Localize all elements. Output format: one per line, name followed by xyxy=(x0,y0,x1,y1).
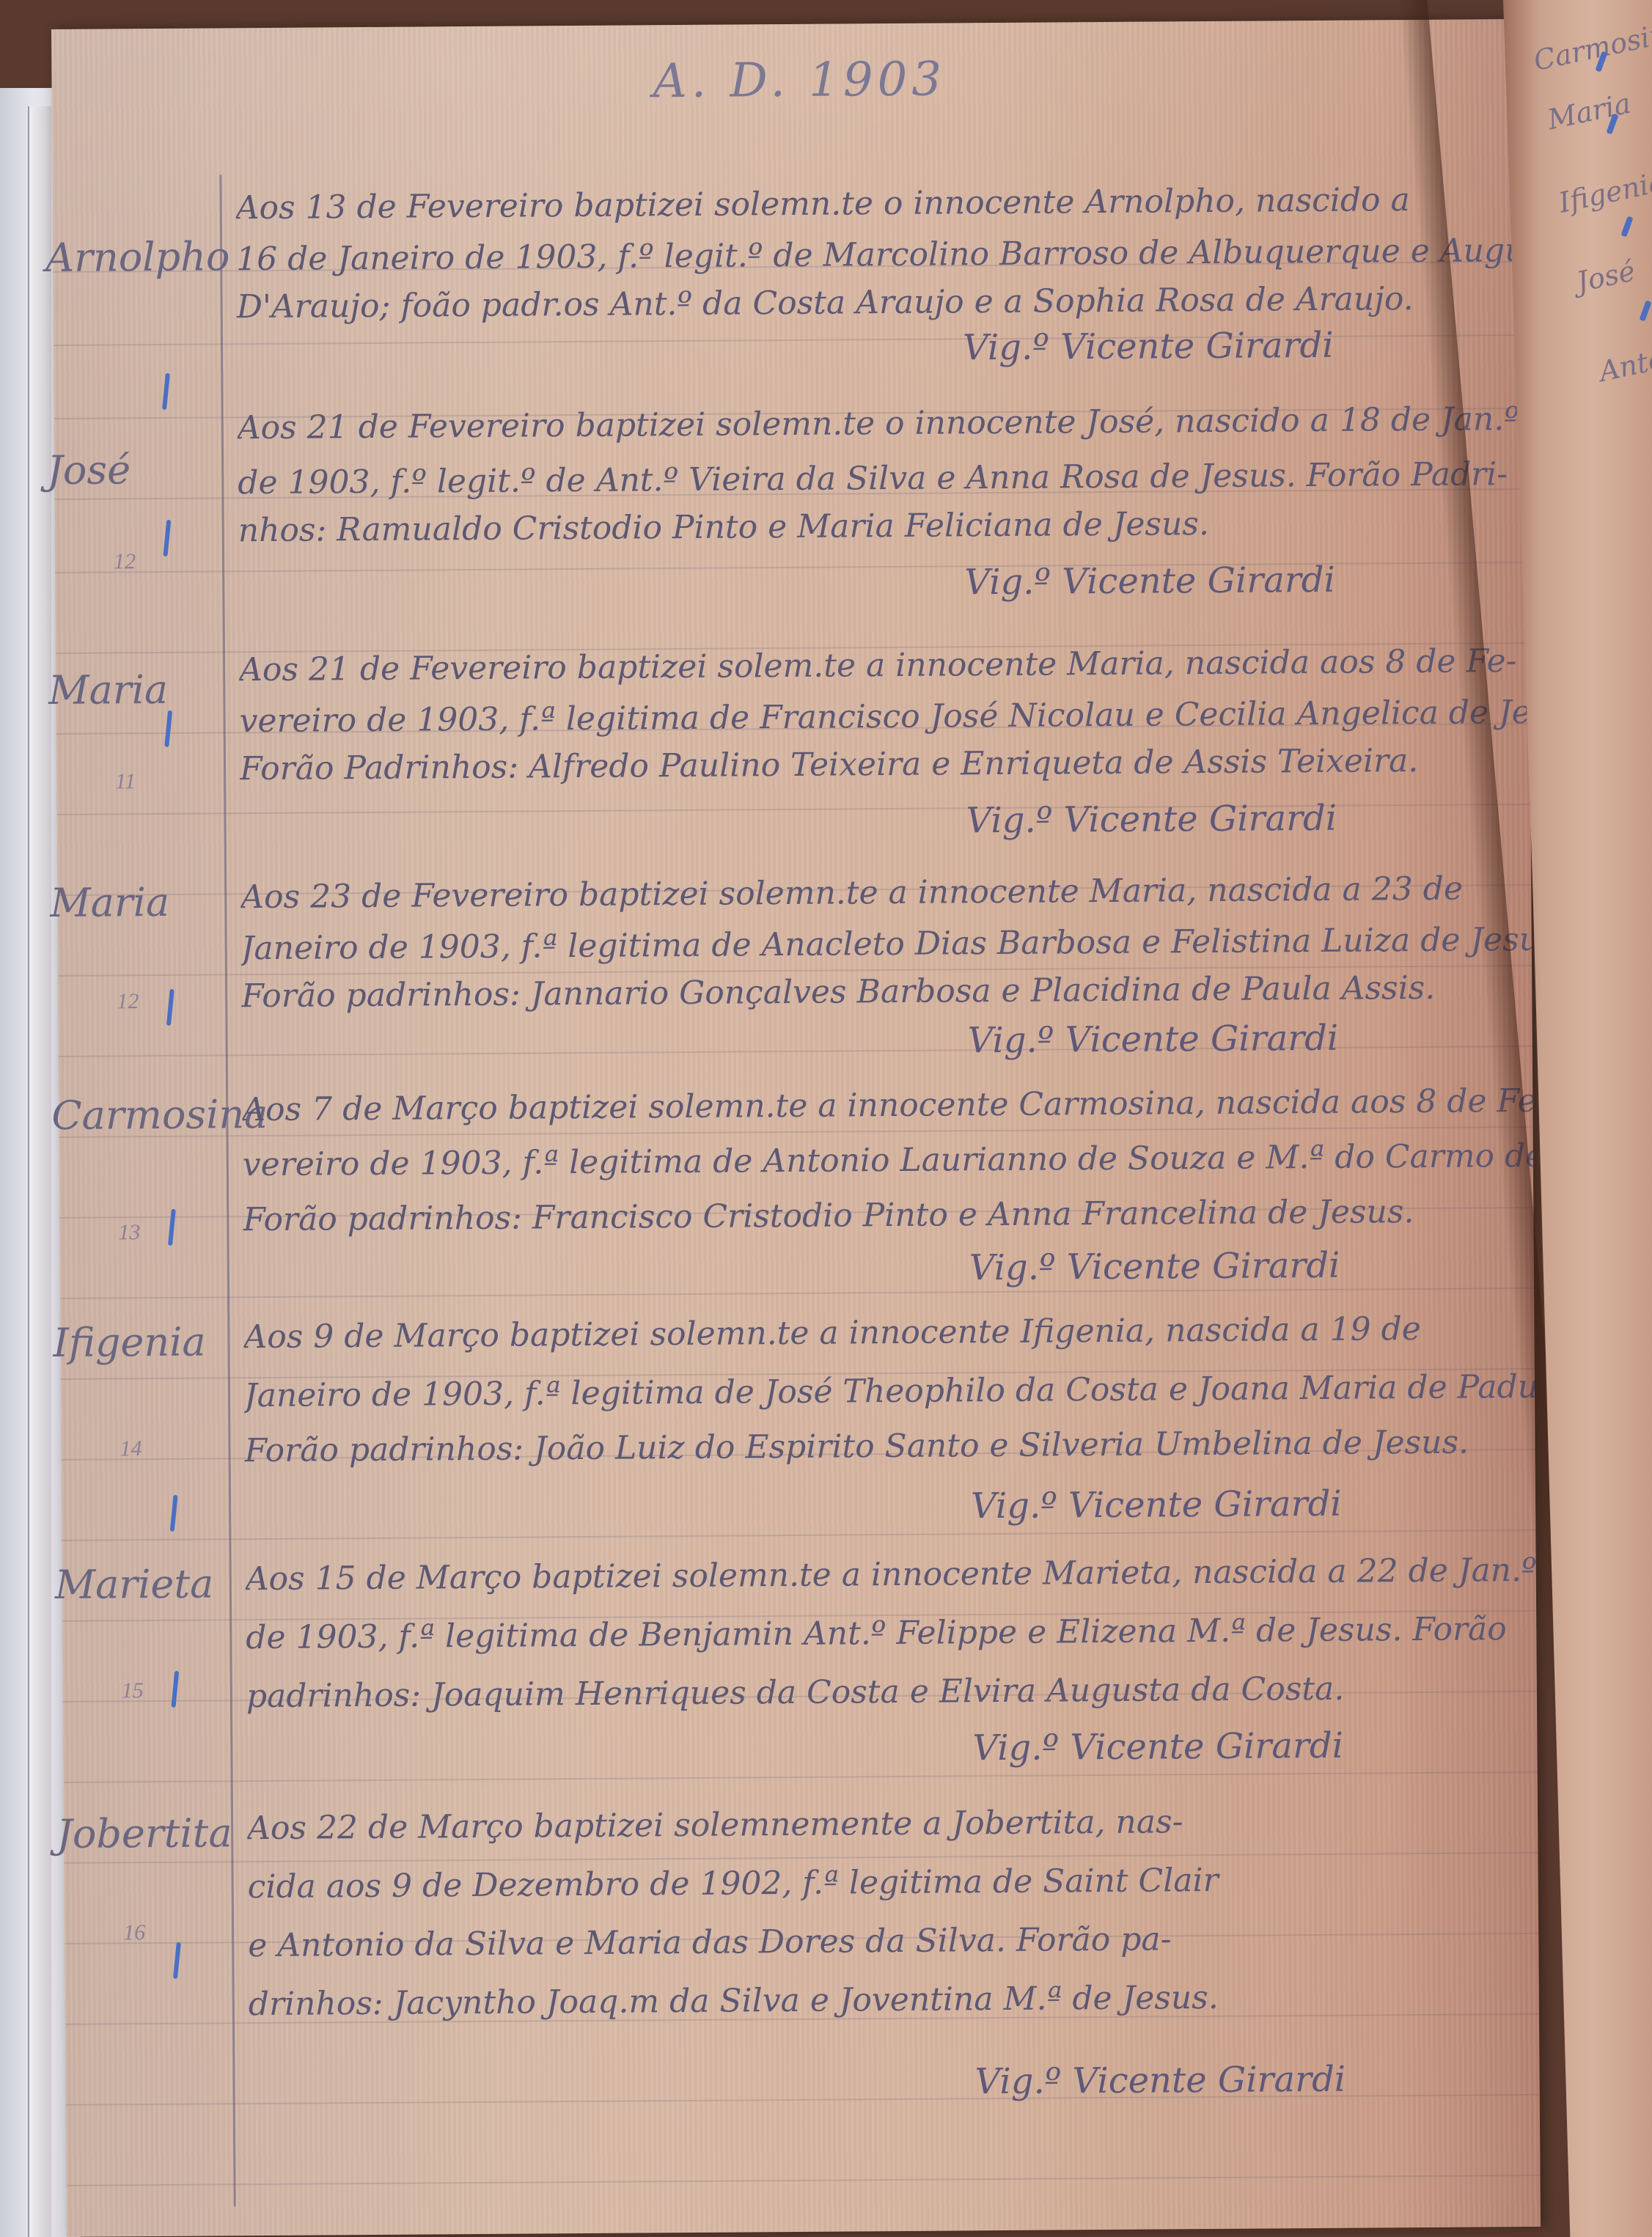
entry-line: cida aos 9 de Dezembro de 1902, f.ª legi… xyxy=(248,1859,1538,1906)
entry-line: vereiro de 1903, f.ª legitima de Francis… xyxy=(239,694,1530,740)
ruled-line xyxy=(64,1771,1538,1783)
register-entry: José Aos 21 de Fevereiro baptizei solemn… xyxy=(54,430,1521,440)
entry-line: Aos 21 de Fevereiro baptizei solemn.te o… xyxy=(238,400,1528,447)
binder-edge xyxy=(28,106,51,2237)
page-header-year: A. D. 1903 xyxy=(653,52,946,109)
entry-name: Maria xyxy=(50,878,219,926)
entry-number: 11 xyxy=(115,769,136,794)
entry-line: Aos 9 de Março baptizei solemn.te a inno… xyxy=(243,1309,1534,1356)
blue-tick-mark xyxy=(1620,216,1633,237)
blue-tick-mark xyxy=(168,1209,176,1246)
priest-signature: Vig.º Vicente Girardi xyxy=(966,798,1337,842)
margin-rule xyxy=(219,175,235,2206)
register-page: A. D. 1903 Arnolpho Aos 13 de Fevereiro … xyxy=(51,19,1541,2237)
entry-number: 15 xyxy=(122,1678,144,1703)
ruled-line xyxy=(60,1288,1534,1299)
entry-line: Aos 15 de Março baptizei solemn.te a inn… xyxy=(246,1551,1536,1598)
entry-name: Arnolpho xyxy=(45,233,214,281)
entry-line: 16 de Janeiro de 1903, f.º legit.º de Ma… xyxy=(236,232,1527,278)
entry-line: Aos 7 de Março baptizei solemn.te a inno… xyxy=(242,1082,1532,1128)
entry-line: e Antonio da Silva e Maria das Dores da … xyxy=(248,1918,1538,1964)
blue-tick-mark xyxy=(173,1942,181,1979)
ruled-line xyxy=(62,1529,1535,1541)
entry-name: Maria xyxy=(48,666,217,713)
entry-line: Forão padrinhos: João Luiz do Espirito S… xyxy=(244,1423,1535,1469)
entry-line: Forão padrinhos: Francisco Cristodio Pin… xyxy=(243,1192,1533,1238)
facing-page-fragment: Maria xyxy=(1545,87,1634,136)
blue-tick-mark xyxy=(163,520,171,557)
register-entry: Arnolpho Aos 13 de Fevereiro baptizei so… xyxy=(53,224,1519,235)
priest-signature: Vig.º Vicente Girardi xyxy=(971,1483,1342,1527)
entry-name: Carmosina xyxy=(51,1091,220,1139)
entry-line: Forão Padrinhos: Alfredo Paulino Teixeir… xyxy=(240,741,1530,787)
ruled-line xyxy=(67,2175,1541,2186)
blue-tick-mark xyxy=(170,1495,178,1532)
entry-line: Janeiro de 1903, f.ª legitima de Anaclet… xyxy=(241,921,1532,967)
entry-line: de 1903, f.ª legitima de Benjamin Ant.º … xyxy=(246,1610,1536,1656)
register-entry: Maria Aos 23 de Fevereiro baptizei solem… xyxy=(57,870,1524,880)
entry-number: 13 xyxy=(118,1220,140,1245)
blue-tick-mark xyxy=(171,1671,179,1708)
register-entry: Jobertita Aos 22 de Março baptizei solem… xyxy=(64,1801,1530,1811)
blue-tick-mark xyxy=(166,989,175,1026)
facing-page-fragment: Antonio xyxy=(1596,334,1652,388)
register-entry: Ifigenia Aos 9 de Março baptizei solemn.… xyxy=(60,1309,1527,1320)
blue-tick-mark xyxy=(162,373,170,410)
register-entry: Carmosina Aos 7 de Março baptizei solemn… xyxy=(59,1082,1525,1092)
entry-name: Ifigenia xyxy=(53,1318,221,1366)
entry-number: 12 xyxy=(114,549,136,574)
priest-signature: Vig.º Vicente Girardi xyxy=(963,325,1334,369)
register-entry: Maria Aos 21 de Fevereiro baptizei solem… xyxy=(56,657,1522,667)
entry-name: José xyxy=(47,446,216,493)
priest-signature: Vig.º Vicente Girardi xyxy=(969,1245,1340,1289)
entry-name: Marieta xyxy=(55,1560,224,1608)
entry-line: Aos 21 de Fevereiro baptizei solem.te a … xyxy=(239,642,1530,688)
facing-page-fragment: Ifigenia xyxy=(1556,165,1652,218)
priest-signature: Vig.º Vicente Girardi xyxy=(967,1018,1338,1062)
entry-name: Jobertita xyxy=(56,1810,225,1857)
entry-line: nhos: Ramualdo Cristodio Pinto e Maria F… xyxy=(238,503,1529,549)
entry-line: vereiro de 1903, f.ª legitima de Antonio… xyxy=(243,1137,1533,1183)
entry-number: 16 xyxy=(123,1920,145,1945)
entry-line: Aos 13 de Fevereiro baptizei solemn.te o… xyxy=(236,180,1527,227)
entry-number: 14 xyxy=(120,1436,142,1461)
entry-line: Aos 22 de Março baptizei solemnemente a … xyxy=(247,1801,1538,1847)
entry-line: D'Araujo; foão padr.os Ant.º da Costa Ar… xyxy=(236,279,1527,326)
entry-line: Forão padrinhos: Jannario Gonçalves Barb… xyxy=(241,969,1532,1015)
entry-line: padrinhos: Joaquim Henriques da Costa e … xyxy=(246,1669,1537,1715)
entry-number: 12 xyxy=(117,989,139,1014)
blue-tick-mark xyxy=(1639,300,1651,321)
priest-signature: Vig.º Vicente Girardi xyxy=(964,559,1335,603)
register-entry: Marieta Aos 15 de Março baptizei solemn.… xyxy=(62,1551,1529,1562)
entry-line: de 1903, f.º legit.º de Ant.º Vieira da … xyxy=(238,455,1528,502)
facing-page-fragment: Carmosina xyxy=(1531,14,1652,77)
priest-signature: Vig.º Vicente Girardi xyxy=(972,1725,1343,1769)
entry-line: Aos 23 de Fevereiro baptizei solemn.te a… xyxy=(241,870,1531,916)
blue-tick-mark xyxy=(164,710,172,747)
priest-signature: Vig.º Vicente Girardi xyxy=(974,2059,1346,2103)
facing-page-fragment: José xyxy=(1574,254,1638,298)
entry-line: Janeiro de 1903, f.ª legitima de José Th… xyxy=(244,1368,1535,1414)
